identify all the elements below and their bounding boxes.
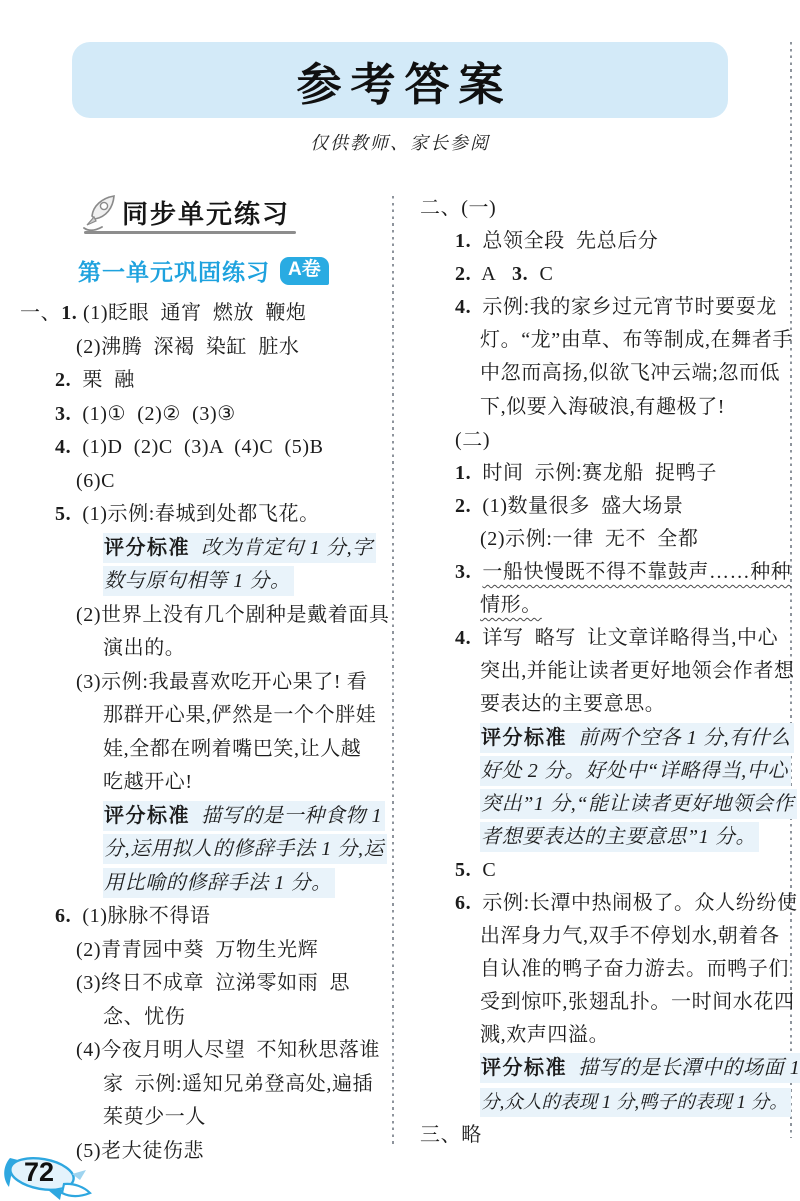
answer-text: 溅,欢声四溢。 (480, 1024, 609, 1046)
answer-text: C (471, 859, 496, 881)
answer-line: 者想要表达的主要意思”1 分。 (420, 821, 794, 854)
answer-line: 情形。 (420, 589, 794, 622)
answer-line: 二、(一) (420, 192, 794, 225)
answer-text: 描写的是长潭中的场面 1 (567, 1057, 800, 1079)
answers-column-left: 一、1. (1)眨眼 通宵 燃放 鞭炮(2)沸腾 深褐 染缸 脏水2. 栗 融3… (20, 297, 395, 1168)
answer-text: (二) (455, 429, 490, 451)
answer-text: 时间 示例:赛龙船 捉鸭子 (471, 462, 717, 484)
section-title: 同步单元练习 (122, 194, 290, 231)
answer-text: 家 示例:遥知兄弟登高处,遍插 (103, 1073, 373, 1095)
answer-line: (3)示例:我最喜欢吃开心果了! 看 (20, 666, 395, 700)
score-highlight: 分,众人的表现 1 分,鸭子的表现 1 分。 (480, 1088, 791, 1117)
answer-line: (3)终日不成章 泣涕零如雨 思 (20, 967, 395, 1001)
answer-text: 前两个空各 1 分,有什么 (567, 727, 791, 749)
answer-text: 一船快慢既不得不靠鼓声……种种 (482, 561, 791, 583)
answers-header-box: 参考答案 (72, 42, 728, 118)
answer-line: 那群开心果,俨然是一个个胖娃 (20, 699, 395, 733)
answer-line: 灯。“龙”由草、布等制成,在舞者手 (420, 324, 794, 357)
answer-text: 二、(一) (420, 197, 496, 219)
answer-line: 念、忧伤 (20, 1001, 395, 1035)
answer-line: 自认准的鸭子奋力游去。而鸭子们 (420, 953, 794, 986)
answer-line: 用比喻的修辞手法 1 分。 (20, 867, 395, 901)
answer-text: 中忽而高扬,似欲飞冲云端;忽而低 (480, 362, 780, 384)
answer-text: 1. (455, 230, 471, 252)
answers-column-right: 二、(一)1. 总领全段 先总后分2. A 3. C4. 示例:我的家乡过元宵节… (420, 192, 794, 1152)
answer-text: 数与原句相等 1 分。 (104, 570, 291, 592)
answer-line: 数与原句相等 1 分。 (20, 565, 395, 599)
answer-line: 一、1. (1)眨眼 通宵 燃放 鞭炮 (20, 297, 395, 331)
answer-line: 突出”1 分,“能让读者更好地领会作 (420, 788, 794, 821)
answer-text: 3. (455, 561, 471, 583)
answer-line: 茱萸少一人 (20, 1101, 395, 1135)
answer-text: 分,运用拟人的修辞手法 1 分,运 (104, 838, 384, 860)
answer-text: 2. (455, 263, 471, 285)
answer-text: (1)示例:春城到处都飞花。 (71, 503, 319, 525)
answer-line: 3. (1)① (2)② (3)③ (20, 398, 395, 432)
page-title: 参考答案 (287, 48, 512, 113)
answer-line: 下,似要入海破浪,有趣极了! (420, 391, 794, 424)
answer-text: 自认准的鸭子奋力游去。而鸭子们 (480, 958, 789, 980)
score-highlight: 评分标准 描写的是长潭中的场面 1 (480, 1053, 800, 1083)
answer-text: 描写的是一种食物 1 (190, 805, 382, 827)
answer-text: (1)① (2)② (3)③ (71, 403, 236, 425)
answer-text: (2)青青园中葵 万物生光辉 (76, 939, 318, 961)
answer-text: 茱萸少一人 (103, 1106, 206, 1128)
answer-line: 1. 时间 示例:赛龙船 捉鸭子 (420, 457, 794, 490)
score-highlight: 用比喻的修辞手法 1 分。 (103, 868, 335, 898)
answer-line: 5. C (420, 854, 794, 887)
answer-text (471, 561, 482, 583)
answer-text: 6. (455, 892, 471, 914)
answer-text: 者想要表达的主要意思”1 分。 (481, 826, 756, 848)
answer-text: 好处 2 分。好处中“详略得当,中心 (481, 760, 788, 782)
answer-line: 2. (1)数量很多 盛大场景 (420, 490, 794, 523)
score-label: 评分标准 (481, 1057, 567, 1079)
answer-text: 出浑身力气,双手不停划水,朝着各 (480, 925, 780, 947)
answer-line: (6)C (20, 465, 395, 499)
answer-text: 吃越开心! (103, 771, 193, 793)
answer-text: 详写 略写 让文章详略得当,中心 (471, 627, 778, 649)
answer-text: (3)示例:我最喜欢吃开心果了! 看 (76, 671, 367, 693)
answer-text: 4. (455, 296, 471, 318)
answer-text: 2. (455, 495, 471, 517)
answer-line: 家 示例:遥知兄弟登高处,遍插 (20, 1068, 395, 1102)
answer-text: C (528, 263, 553, 285)
answer-line: 4. 详写 略写 让文章详略得当,中心 (420, 622, 794, 655)
answer-text: (5)老大徒伤悲 (76, 1140, 204, 1162)
answer-text: (2)示例:一律 无不 全都 (480, 528, 698, 550)
answer-text: 1. (455, 462, 471, 484)
answer-text: 示例:长潭中热闹极了。众人纷纷使 (471, 892, 797, 914)
answer-text: (1)数量很多 盛大场景 (471, 495, 683, 517)
answer-text: 总领全段 先总后分 (471, 230, 658, 252)
answer-text: (2)沸腾 深褐 染缸 脏水 (76, 336, 300, 358)
answer-text: 要表达的主要意思。 (480, 693, 665, 715)
page-number-badge: 72 (2, 1150, 94, 1201)
answer-line: 评分标准 前两个空各 1 分,有什么 (420, 722, 794, 755)
answer-line: 4. 示例:我的家乡过元宵节时要耍龙 (420, 291, 794, 324)
answer-text: (1)D (2)C (3)A (4)C (5)B (71, 436, 323, 458)
answer-line: 6. (1)脉脉不得语 (20, 900, 395, 934)
page-number: 72 (24, 1157, 54, 1188)
answer-line: 吃越开心! (20, 766, 395, 800)
answer-line: 三、略 (420, 1119, 794, 1152)
answer-line: (2)沸腾 深褐 染缸 脏水 (20, 331, 395, 365)
answer-text: 突出,并能让读者更好地领会作者想 (480, 660, 795, 682)
answer-text: 三、略 (420, 1124, 482, 1146)
answer-line: 受到惊吓,张翅乱扑。一时间水花四 (420, 986, 794, 1019)
answer-line: 出浑身力气,双手不停划水,朝着各 (420, 920, 794, 953)
answer-line: 分,众人的表现 1 分,鸭子的表现 1 分。 (420, 1086, 794, 1119)
answer-text: A (471, 263, 512, 285)
answer-line: 6. 示例:长潭中热闹极了。众人纷纷使 (420, 887, 794, 920)
unit-title: 第一单元巩固练习 (78, 254, 270, 287)
answer-line: 演出的。 (20, 632, 395, 666)
score-highlight: 好处 2 分。好处中“详略得当,中心 (480, 756, 791, 786)
answer-line: 好处 2 分。好处中“详略得当,中心 (420, 755, 794, 788)
answer-text: 受到惊吓,张翅乱扑。一时间水花四 (480, 991, 795, 1013)
score-highlight: 评分标准 改为肯定句 1 分,字 (103, 533, 376, 563)
answer-text: 突出”1 分,“能让读者更好地领会作 (481, 793, 794, 815)
score-highlight: 者想要表达的主要意思”1 分。 (480, 822, 759, 852)
answer-key-page: 参考答案 仅供教师、家长参阅 同步单元练习 第一单元巩固练习 A卷 一、1. (… (0, 0, 800, 1201)
answer-text: 5. (55, 503, 71, 525)
answer-text: 演出的。 (103, 637, 185, 659)
answer-line: 中忽而高扬,似欲飞冲云端;忽而低 (420, 357, 794, 390)
answer-line: 评分标准 改为肯定句 1 分,字 (20, 532, 395, 566)
answer-line: 4. (1)D (2)C (3)A (4)C (5)B (20, 431, 395, 465)
answer-line: (二) (420, 424, 794, 457)
answer-line: 分,运用拟人的修辞手法 1 分,运 (20, 833, 395, 867)
score-highlight: 分,运用拟人的修辞手法 1 分,运 (103, 834, 387, 864)
answer-text: 示例:我的家乡过元宵节时要耍龙 (471, 296, 777, 318)
answer-text: 6. (55, 905, 71, 927)
score-highlight: 突出”1 分,“能让读者更好地领会作 (480, 789, 797, 819)
answer-line: 娃,全都在咧着嘴巴笑,让人越 (20, 733, 395, 767)
answer-line: 溅,欢声四溢。 (420, 1019, 794, 1052)
answer-text: 娃,全都在咧着嘴巴笑,让人越 (103, 738, 361, 760)
answer-text: 3. (512, 263, 528, 285)
answer-line: 2. A 3. C (420, 258, 794, 291)
answer-line: 2. 栗 融 (20, 364, 395, 398)
answer-text: 那群开心果,俨然是一个个胖娃 (103, 704, 376, 726)
answer-text: 用比喻的修辞手法 1 分。 (104, 872, 332, 894)
answer-text: 3. (55, 403, 71, 425)
score-label: 评分标准 (104, 537, 190, 559)
answer-text: 念、忧伤 (103, 1006, 185, 1028)
answer-text: (3)终日不成章 泣涕零如雨 思 (76, 972, 350, 994)
answer-text: 下,似要入海破浪,有趣极了! (480, 396, 725, 418)
answer-text: 一、 (20, 302, 61, 324)
answer-text: 1. (61, 302, 77, 324)
answer-text: 分,众人的表现 1 分,鸭子的表现 1 分。 (481, 1092, 788, 1113)
answer-line: 评分标准 描写的是长潭中的场面 1 (420, 1052, 794, 1085)
answer-line: 评分标准 描写的是一种食物 1 (20, 800, 395, 834)
answer-text: 改为肯定句 1 分,字 (190, 537, 373, 559)
answer-text: (2)世界上没有几个剧种是戴着面具 (76, 604, 390, 626)
answer-line: 3. 一船快慢既不得不靠鼓声……种种 (420, 556, 794, 589)
section-underline (84, 231, 296, 234)
answer-text: (1)脉脉不得语 (71, 905, 210, 927)
answer-line: (2)青青园中葵 万物生光辉 (20, 934, 395, 968)
unit-title-row: 第一单元巩固练习 A卷 (78, 254, 329, 287)
answer-line: 1. 总领全段 先总后分 (420, 225, 794, 258)
score-label: 评分标准 (481, 727, 567, 749)
answer-text: (1)眨眼 通宵 燃放 鞭炮 (77, 302, 306, 324)
answer-text: (4)今夜月明人尽望 不知秋思落谁 (76, 1039, 380, 1061)
score-highlight: 数与原句相等 1 分。 (103, 566, 294, 596)
answer-text: 4. (55, 436, 71, 458)
answer-line: (2)世界上没有几个剧种是戴着面具 (20, 599, 395, 633)
answer-line: (4)今夜月明人尽望 不知秋思落谁 (20, 1034, 395, 1068)
score-highlight: 评分标准 前两个空各 1 分,有什么 (480, 723, 794, 753)
score-highlight: 评分标准 描写的是一种食物 1 (103, 801, 385, 831)
answer-line: 要表达的主要意思。 (420, 688, 794, 721)
answer-text: 4. (455, 627, 471, 649)
answer-line: 突出,并能让读者更好地领会作者想 (420, 655, 794, 688)
unit-badge: A卷 (280, 257, 329, 285)
score-label: 评分标准 (104, 805, 190, 827)
answer-line: (2)示例:一律 无不 全都 (420, 523, 794, 556)
answer-text: 灯。“龙”由草、布等制成,在舞者手 (480, 329, 793, 351)
answer-text: 情形。 (480, 594, 542, 616)
answer-text: 2. (55, 369, 71, 391)
answer-line: 5. (1)示例:春城到处都飞花。 (20, 498, 395, 532)
answer-text: 5. (455, 859, 471, 881)
page-subtitle: 仅供教师、家长参阅 (0, 129, 800, 155)
answer-text: 栗 融 (71, 369, 135, 391)
answer-text: (6)C (76, 470, 115, 492)
